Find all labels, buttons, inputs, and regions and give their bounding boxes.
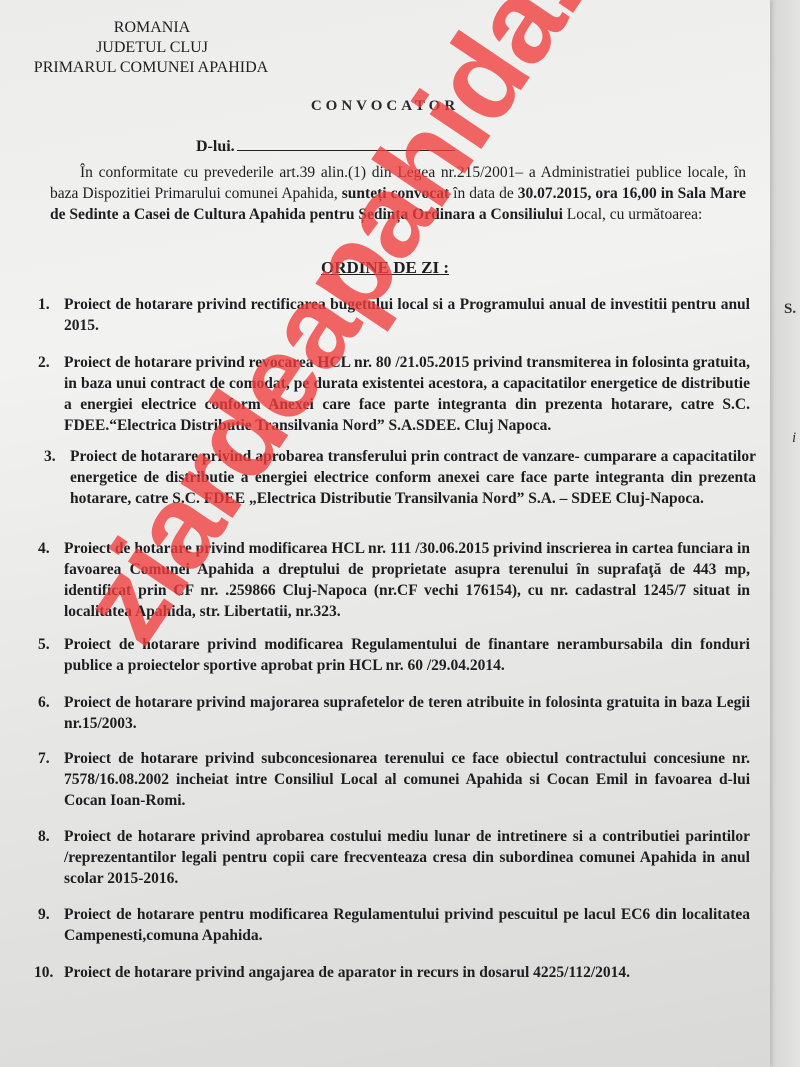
agenda-item-text: Proiect de hotarare privind angajarea de… (64, 962, 746, 983)
agenda-item-text: Proiect de hotarare privind modificarea … (64, 538, 750, 622)
addressee-label: D-lui. (196, 138, 235, 155)
addressee-line: D-lui. (196, 136, 455, 156)
agenda-item-number: 4. (38, 538, 64, 622)
document-page: ROMANIA JUDETUL CLUJ PRIMARUL COMUNEI AP… (0, 0, 770, 1067)
agenda-item-number: 8. (38, 826, 64, 889)
agenda-item: 5.Proiect de hotarare privind modificare… (38, 634, 750, 676)
agenda-item: 10.Proiect de hotarare privind angajarea… (34, 962, 746, 983)
agenda-item-number: 5. (38, 634, 64, 676)
agenda-item-text: Proiect de hotarare privind aprobarea co… (64, 826, 750, 889)
issuer-header: ROMANIA JUDETUL CLUJ PRIMARUL COMUNEI AP… (32, 18, 272, 78)
agenda-item: 7.Proiect de hotarare privind subconcesi… (38, 748, 750, 811)
intro-text: Local, cu următoarea: (563, 206, 702, 223)
agenda-title: ORDINE DE ZI : (0, 258, 770, 278)
header-line-office: PRIMARUL COMUNEI APAHIDA (30, 58, 272, 78)
agenda-item-number: 1. (38, 294, 64, 336)
document-title: CONVOCATOR (0, 98, 770, 115)
header-line-county: JUDETUL CLUJ (32, 38, 272, 58)
agenda-item: 4.Proiect de hotarare privind modificare… (38, 538, 750, 622)
back-page-fragment: S. (784, 301, 796, 318)
intro-paragraph: În conformitate cu prevederile art.39 al… (50, 162, 746, 225)
agenda-item: 9.Proiect de hotarare pentru modificarea… (38, 904, 750, 946)
header-line-country: ROMANIA (32, 18, 272, 38)
agenda-item: 1.Proiect de hotarare privind rectificar… (38, 294, 750, 336)
agenda-item-number: 6. (38, 692, 64, 734)
agenda-item-text: Proiect de hotarare privind aprobarea tr… (70, 446, 756, 509)
agenda-item-text: Proiect de hotarare privind revocarea HC… (64, 352, 750, 436)
agenda-item-text: Proiect de hotarare privind rectificarea… (64, 294, 750, 336)
intro-bold-convocat: sunteți convocat (342, 185, 449, 202)
agenda-item: 8.Proiect de hotarare privind aprobarea … (38, 826, 750, 889)
agenda-item-text: Proiect de hotarare privind modificarea … (64, 634, 750, 676)
agenda-item: 2.Proiect de hotarare privind revocarea … (38, 352, 750, 436)
agenda-item-number: 2. (38, 352, 64, 436)
agenda-item: 3.Proiect de hotarare privind aprobarea … (44, 446, 756, 509)
agenda-item-number: 10. (34, 962, 64, 983)
agenda-item-text: Proiect de hotarare privind subconcesion… (64, 748, 750, 811)
agenda-item-number: 3. (44, 446, 70, 509)
intro-text: în data de (449, 185, 518, 202)
addressee-blank (237, 136, 455, 151)
agenda-item-text: Proiect de hotarare privind majorarea su… (64, 692, 750, 734)
agenda-item-number: 7. (38, 748, 64, 811)
agenda-item-number: 9. (38, 904, 64, 946)
back-page-fragment: i (792, 430, 796, 447)
underlying-page: S. i (770, 0, 800, 1067)
agenda-item-text: Proiect de hotarare pentru modificarea R… (64, 904, 750, 946)
agenda-item: 6.Proiect de hotarare privind majorarea … (38, 692, 750, 734)
